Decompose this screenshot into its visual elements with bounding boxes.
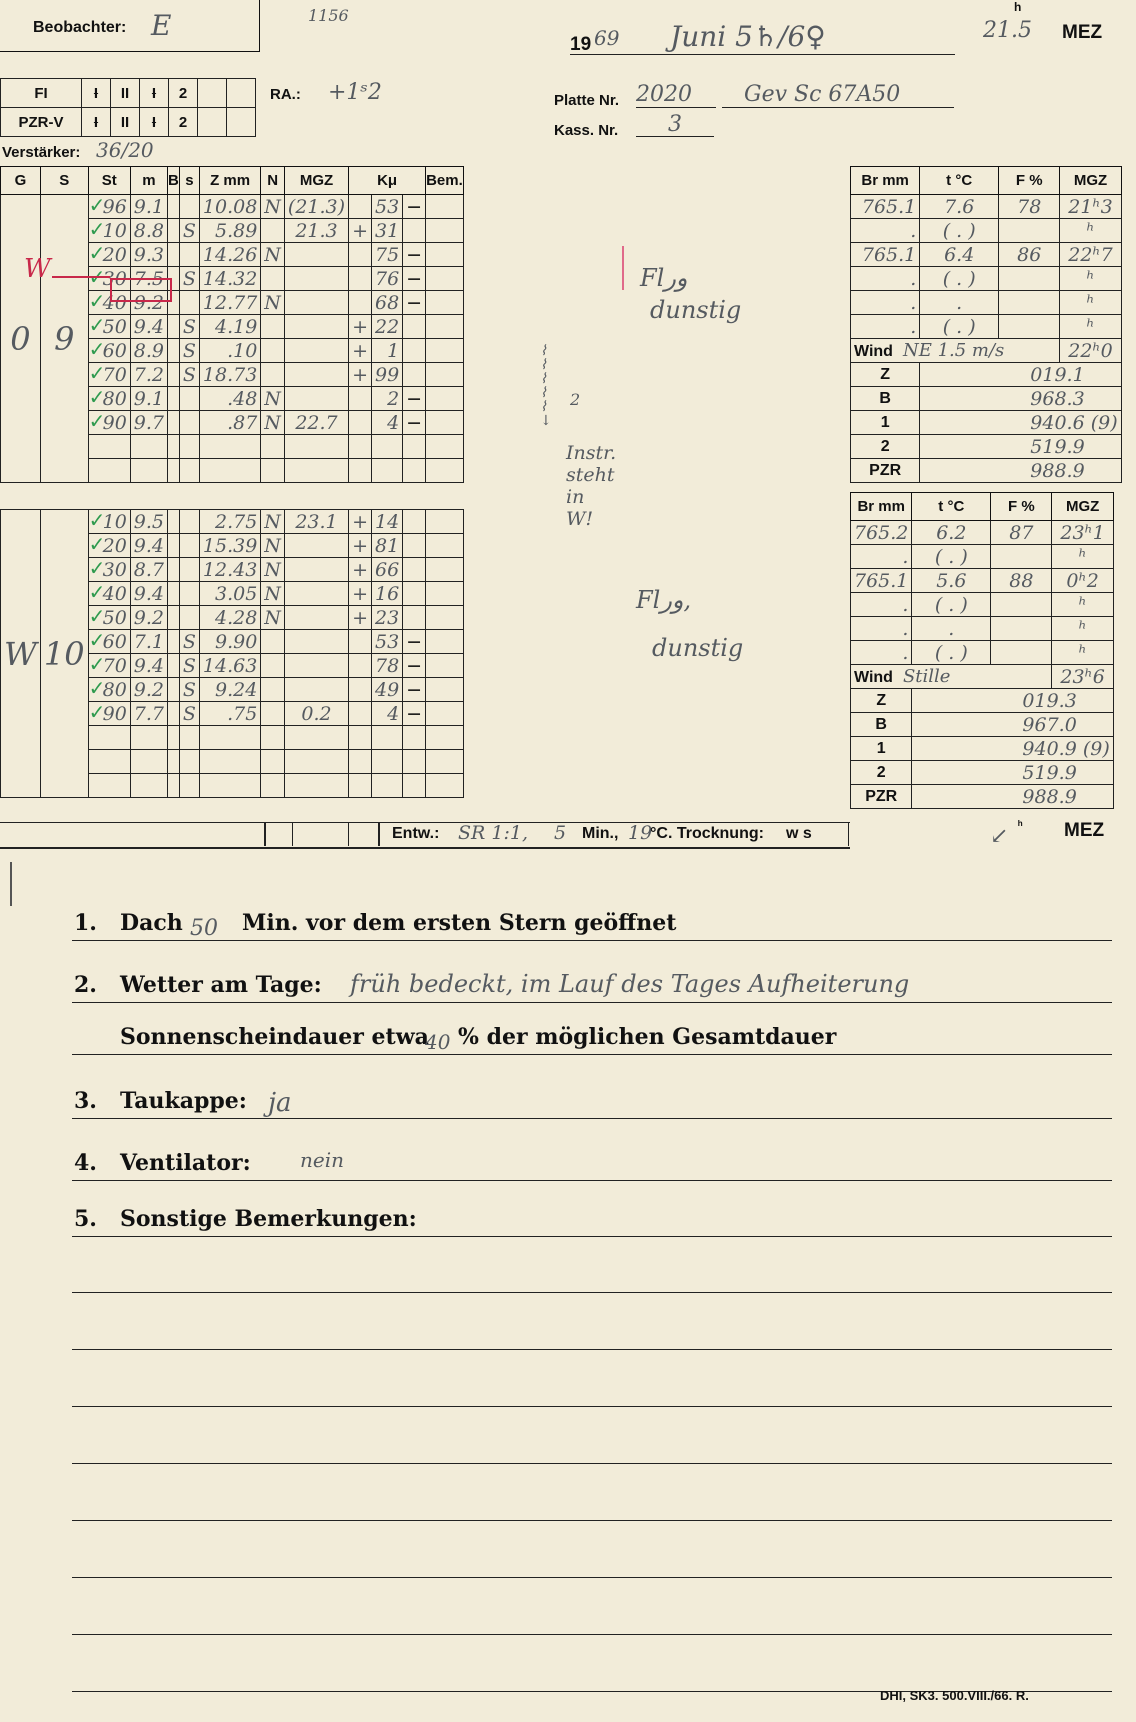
- k-sign-cell[interactable]: [349, 750, 372, 774]
- k-sign-cell[interactable]: +: [349, 582, 372, 606]
- n-cell[interactable]: N: [261, 606, 285, 630]
- temperature-cell[interactable]: .: [912, 617, 991, 641]
- k-cell[interactable]: [371, 774, 402, 798]
- n-cell[interactable]: [261, 339, 285, 363]
- remark-cell[interactable]: [426, 702, 464, 726]
- b-cell[interactable]: [168, 654, 180, 678]
- k-tail-cell[interactable]: [403, 774, 426, 798]
- s-cell[interactable]: [179, 411, 199, 435]
- k-tail-cell[interactable]: −: [403, 630, 426, 654]
- st-cell[interactable]: ✓50: [88, 606, 130, 630]
- humidity-cell[interactable]: 87: [991, 521, 1052, 545]
- z-cell[interactable]: [199, 726, 260, 750]
- k-tail-cell[interactable]: [403, 726, 426, 750]
- remark-cell[interactable]: [426, 558, 464, 582]
- n-cell[interactable]: [261, 750, 285, 774]
- remark-cell[interactable]: [426, 534, 464, 558]
- n-cell[interactable]: [261, 315, 285, 339]
- s-cell[interactable]: S: [179, 678, 199, 702]
- magnitude-cell[interactable]: 8.7: [130, 558, 167, 582]
- temperature-cell[interactable]: ( . ): [912, 641, 991, 665]
- b-cell[interactable]: [168, 510, 180, 534]
- magnitude-cell[interactable]: 7.2: [130, 363, 167, 387]
- mgz-cell[interactable]: [284, 387, 348, 411]
- mgz-cell[interactable]: [284, 291, 348, 315]
- magnitude-cell[interactable]: [130, 750, 167, 774]
- st-cell[interactable]: ✓50: [88, 315, 130, 339]
- k-sign-cell[interactable]: +: [349, 315, 372, 339]
- b-cell[interactable]: [168, 582, 180, 606]
- remarks-line[interactable]: [72, 1406, 1112, 1407]
- k-tail-cell[interactable]: [403, 459, 426, 483]
- k-tail-cell[interactable]: −: [403, 702, 426, 726]
- k-cell[interactable]: 76: [371, 267, 402, 291]
- k-tail-cell[interactable]: [403, 606, 426, 630]
- humidity-cell[interactable]: 88: [991, 569, 1052, 593]
- remark-cell[interactable]: [426, 630, 464, 654]
- mgz-cell[interactable]: 23.1: [284, 510, 348, 534]
- st-cell[interactable]: ✓80: [88, 678, 130, 702]
- magnitude-cell[interactable]: [130, 774, 167, 798]
- filter-cell[interactable]: I: [140, 108, 169, 137]
- k-cell[interactable]: 4: [371, 411, 402, 435]
- plate-number-field[interactable]: 2020: [636, 82, 716, 108]
- pressure-cell[interactable]: 765.1: [851, 195, 920, 219]
- k-tail-cell[interactable]: [403, 435, 426, 459]
- k-tail-cell[interactable]: −: [403, 654, 426, 678]
- magnitude-cell[interactable]: 7.1: [130, 630, 167, 654]
- st-cell[interactable]: ✓40: [88, 582, 130, 606]
- b-cell[interactable]: [168, 387, 180, 411]
- n-cell[interactable]: [261, 774, 285, 798]
- z-cell[interactable]: 14.63: [199, 654, 260, 678]
- summary-value[interactable]: 967.0: [912, 713, 1113, 737]
- magnitude-cell[interactable]: 9.4: [130, 315, 167, 339]
- question-answer[interactable]: 40: [425, 1030, 450, 1054]
- k-tail-cell[interactable]: [403, 510, 426, 534]
- magnitude-cell[interactable]: 9.1: [130, 195, 167, 219]
- s-cell[interactable]: [179, 606, 199, 630]
- weather-time-cell[interactable]: ʰ: [1052, 617, 1113, 641]
- magnitude-cell[interactable]: 9.3: [130, 243, 167, 267]
- temperature-cell[interactable]: ( . ): [912, 593, 991, 617]
- k-cell[interactable]: 99: [371, 363, 402, 387]
- n-cell[interactable]: N: [261, 411, 285, 435]
- temperature-cell[interactable]: ( . ): [912, 545, 991, 569]
- magnitude-cell[interactable]: 9.5: [130, 510, 167, 534]
- b-cell[interactable]: [168, 243, 180, 267]
- magnitude-cell[interactable]: [130, 459, 167, 483]
- series-cell[interactable]: 9: [40, 195, 88, 483]
- st-cell[interactable]: [88, 774, 130, 798]
- filter-cell[interactable]: 2: [169, 79, 198, 108]
- n-cell[interactable]: N: [261, 243, 285, 267]
- magnitude-cell[interactable]: 9.1: [130, 387, 167, 411]
- time-value[interactable]: 21.5: [983, 18, 1032, 43]
- pressure-cell[interactable]: .: [851, 267, 920, 291]
- mgz-cell[interactable]: [284, 267, 348, 291]
- s-cell[interactable]: [179, 534, 199, 558]
- z-cell[interactable]: .87: [199, 411, 260, 435]
- s-cell[interactable]: S: [179, 654, 199, 678]
- weather-time-cell[interactable]: ʰ: [1060, 291, 1121, 315]
- weather-time-cell[interactable]: 0ʰ2: [1052, 569, 1113, 593]
- n-cell[interactable]: N: [261, 534, 285, 558]
- st-cell[interactable]: ✓10: [88, 510, 130, 534]
- magnitude-cell[interactable]: [130, 726, 167, 750]
- weather-time-cell[interactable]: 23ʰ1: [1052, 521, 1113, 545]
- remarks-line[interactable]: [72, 1577, 1112, 1578]
- k-sign-cell[interactable]: [349, 411, 372, 435]
- k-cell[interactable]: 14: [371, 510, 402, 534]
- n-cell[interactable]: [261, 267, 285, 291]
- summary-value[interactable]: 940.6 (9): [920, 411, 1121, 435]
- k-sign-cell[interactable]: [349, 267, 372, 291]
- n-cell[interactable]: [261, 459, 285, 483]
- k-cell[interactable]: 22: [371, 315, 402, 339]
- s-cell[interactable]: [179, 435, 199, 459]
- b-cell[interactable]: [168, 678, 180, 702]
- n-cell[interactable]: [261, 678, 285, 702]
- remark-cell[interactable]: [426, 363, 464, 387]
- mgz-cell[interactable]: [284, 606, 348, 630]
- pressure-cell[interactable]: 765.1: [851, 569, 912, 593]
- n-cell[interactable]: N: [261, 510, 285, 534]
- b-cell[interactable]: [168, 702, 180, 726]
- amplifier-value[interactable]: 36/20: [96, 138, 154, 162]
- k-sign-cell[interactable]: +: [349, 339, 372, 363]
- z-cell[interactable]: [199, 435, 260, 459]
- summary-value[interactable]: 519.9: [912, 761, 1113, 785]
- mgz-cell[interactable]: [284, 630, 348, 654]
- b-cell[interactable]: [168, 315, 180, 339]
- z-cell[interactable]: 9.24: [199, 678, 260, 702]
- st-cell[interactable]: ✓10: [88, 219, 130, 243]
- mgz-cell[interactable]: [284, 774, 348, 798]
- temperature-cell[interactable]: ( . ): [920, 267, 999, 291]
- k-tail-cell[interactable]: [403, 315, 426, 339]
- remark-cell[interactable]: [426, 267, 464, 291]
- k-tail-cell[interactable]: −: [403, 267, 426, 291]
- humidity-cell[interactable]: [999, 219, 1060, 243]
- st-cell[interactable]: [88, 435, 130, 459]
- weather-time-cell[interactable]: ʰ: [1052, 593, 1113, 617]
- k-cell[interactable]: [371, 750, 402, 774]
- remark-cell[interactable]: [426, 435, 464, 459]
- z-cell[interactable]: 12.77: [199, 291, 260, 315]
- k-sign-cell[interactable]: +: [349, 558, 372, 582]
- n-cell[interactable]: [261, 363, 285, 387]
- magnitude-cell[interactable]: 9.4: [130, 582, 167, 606]
- k-sign-cell[interactable]: [349, 459, 372, 483]
- mgz-cell[interactable]: [284, 315, 348, 339]
- mgz-cell[interactable]: [284, 582, 348, 606]
- summary-value[interactable]: 019.1: [920, 363, 1121, 387]
- k-tail-cell[interactable]: [403, 219, 426, 243]
- summary-value[interactable]: 988.9: [920, 459, 1121, 483]
- mgz-cell[interactable]: [284, 534, 348, 558]
- k-sign-cell[interactable]: [349, 435, 372, 459]
- k-tail-cell[interactable]: −: [403, 195, 426, 219]
- k-cell[interactable]: 53: [371, 630, 402, 654]
- b-cell[interactable]: [168, 195, 180, 219]
- k-sign-cell[interactable]: [349, 243, 372, 267]
- remark-cell[interactable]: [426, 387, 464, 411]
- magnitude-cell[interactable]: 9.2: [130, 606, 167, 630]
- k-tail-cell[interactable]: [403, 339, 426, 363]
- b-cell[interactable]: [168, 606, 180, 630]
- pressure-cell[interactable]: .: [851, 617, 912, 641]
- group-cell[interactable]: 0: [1, 195, 41, 483]
- summary-value[interactable]: 019.3: [912, 689, 1113, 713]
- n-cell[interactable]: [261, 219, 285, 243]
- filter-cell[interactable]: [227, 79, 256, 108]
- z-cell[interactable]: 15.39: [199, 534, 260, 558]
- z-cell[interactable]: .10: [199, 339, 260, 363]
- b-cell[interactable]: [168, 339, 180, 363]
- remark-cell[interactable]: [426, 411, 464, 435]
- filter-cell[interactable]: 2: [169, 108, 198, 137]
- filter-cell[interactable]: I: [82, 108, 111, 137]
- pressure-cell[interactable]: 765.2: [851, 521, 912, 545]
- k-cell[interactable]: 78: [371, 654, 402, 678]
- st-cell[interactable]: ✓70: [88, 654, 130, 678]
- remark-cell[interactable]: [426, 291, 464, 315]
- b-cell[interactable]: [168, 726, 180, 750]
- magnitude-cell[interactable]: 9.7: [130, 411, 167, 435]
- k-tail-cell[interactable]: [403, 582, 426, 606]
- k-sign-cell[interactable]: [349, 387, 372, 411]
- k-cell[interactable]: 66: [371, 558, 402, 582]
- humidity-cell[interactable]: [991, 641, 1052, 665]
- magnitude-cell[interactable]: [130, 435, 167, 459]
- b-cell[interactable]: [168, 219, 180, 243]
- remarks-line[interactable]: [72, 1463, 1112, 1464]
- k-tail-cell[interactable]: −: [403, 411, 426, 435]
- temperature-cell[interactable]: .: [920, 291, 999, 315]
- s-cell[interactable]: [179, 558, 199, 582]
- remark-cell[interactable]: [426, 510, 464, 534]
- st-cell[interactable]: ✓96: [88, 195, 130, 219]
- magnitude-cell[interactable]: 7.7: [130, 702, 167, 726]
- b-cell[interactable]: [168, 435, 180, 459]
- pressure-cell[interactable]: 765.1: [851, 243, 920, 267]
- k-cell[interactable]: 53: [371, 195, 402, 219]
- st-cell[interactable]: [88, 726, 130, 750]
- st-cell[interactable]: ✓20: [88, 243, 130, 267]
- st-cell[interactable]: [88, 750, 130, 774]
- summary-value[interactable]: 988.9: [912, 785, 1113, 809]
- mgz-cell[interactable]: [284, 678, 348, 702]
- plate-type-field[interactable]: Gev Sc 67A50: [722, 82, 954, 108]
- remarks-line[interactable]: [72, 1520, 1112, 1521]
- b-cell[interactable]: [168, 630, 180, 654]
- summary-value[interactable]: 968.3: [920, 387, 1121, 411]
- remark-cell[interactable]: [426, 582, 464, 606]
- b-cell[interactable]: [168, 363, 180, 387]
- k-sign-cell[interactable]: +: [349, 606, 372, 630]
- k-tail-cell[interactable]: [403, 558, 426, 582]
- n-cell[interactable]: [261, 654, 285, 678]
- k-cell[interactable]: 4: [371, 702, 402, 726]
- k-cell[interactable]: 49: [371, 678, 402, 702]
- k-sign-cell[interactable]: [349, 726, 372, 750]
- b-cell[interactable]: [168, 774, 180, 798]
- k-tail-cell[interactable]: [403, 534, 426, 558]
- z-cell[interactable]: 4.19: [199, 315, 260, 339]
- humidity-cell[interactable]: [999, 267, 1060, 291]
- s-cell[interactable]: S: [179, 219, 199, 243]
- temperature-cell[interactable]: ( . ): [920, 315, 999, 339]
- z-cell[interactable]: 2.75: [199, 510, 260, 534]
- remark-cell[interactable]: [426, 678, 464, 702]
- filter-cell[interactable]: II: [111, 79, 140, 108]
- n-cell[interactable]: [261, 702, 285, 726]
- s-cell[interactable]: [179, 459, 199, 483]
- temperature-cell[interactable]: 7.6: [920, 195, 999, 219]
- st-cell[interactable]: ✓80: [88, 387, 130, 411]
- weather-time-cell[interactable]: 21ʰ3: [1060, 195, 1121, 219]
- s-cell[interactable]: S: [179, 630, 199, 654]
- series-cell[interactable]: 10: [40, 510, 88, 798]
- s-cell[interactable]: S: [179, 363, 199, 387]
- s-cell[interactable]: S: [179, 267, 199, 291]
- pressure-cell[interactable]: .: [851, 315, 920, 339]
- temperature-cell[interactable]: 6.2: [912, 521, 991, 545]
- temperature-cell[interactable]: 5.6: [912, 569, 991, 593]
- question-row[interactable]: 3.Taukappe:: [72, 1088, 1112, 1118]
- s-cell[interactable]: [179, 582, 199, 606]
- filter-cell[interactable]: II: [111, 108, 140, 137]
- k-cell[interactable]: 1: [371, 339, 402, 363]
- wind-cell[interactable]: WindStille: [851, 665, 1052, 689]
- k-cell[interactable]: 75: [371, 243, 402, 267]
- ra-value[interactable]: +1ˢ2: [328, 80, 382, 105]
- k-tail-cell[interactable]: [403, 363, 426, 387]
- magnitude-cell[interactable]: 9.4: [130, 654, 167, 678]
- z-cell[interactable]: 5.89: [199, 219, 260, 243]
- z-cell[interactable]: 9.90: [199, 630, 260, 654]
- question-answer[interactable]: früh bedeckt, im Lauf des Tages Aufheite…: [350, 970, 909, 998]
- k-sign-cell[interactable]: [349, 678, 372, 702]
- end-time-mark[interactable]: ↙: [990, 824, 1008, 849]
- mgz-cell[interactable]: [284, 339, 348, 363]
- mgz-cell[interactable]: [284, 435, 348, 459]
- humidity-cell[interactable]: [991, 593, 1052, 617]
- mgz-cell[interactable]: 0.2: [284, 702, 348, 726]
- n-cell[interactable]: N: [261, 291, 285, 315]
- remark-cell[interactable]: [426, 774, 464, 798]
- question-answer[interactable]: nein: [300, 1148, 344, 1172]
- humidity-cell[interactable]: [999, 291, 1060, 315]
- k-tail-cell[interactable]: −: [403, 387, 426, 411]
- z-cell[interactable]: .75: [199, 702, 260, 726]
- humidity-cell[interactable]: 78: [999, 195, 1060, 219]
- pressure-cell[interactable]: .: [851, 545, 912, 569]
- st-cell[interactable]: ✓70: [88, 363, 130, 387]
- z-cell[interactable]: 12.43: [199, 558, 260, 582]
- s-cell[interactable]: [179, 243, 199, 267]
- s-cell[interactable]: S: [179, 315, 199, 339]
- z-cell[interactable]: [199, 774, 260, 798]
- question-answer[interactable]: ja: [268, 1088, 292, 1118]
- st-cell[interactable]: ✓60: [88, 339, 130, 363]
- humidity-cell[interactable]: [991, 617, 1052, 641]
- observer-value[interactable]: E: [151, 9, 171, 42]
- weather-time-cell[interactable]: ʰ: [1052, 641, 1113, 665]
- s-cell[interactable]: S: [179, 339, 199, 363]
- k-sign-cell[interactable]: +: [349, 510, 372, 534]
- humidity-cell[interactable]: 86: [999, 243, 1060, 267]
- magnitude-cell[interactable]: 8.8: [130, 219, 167, 243]
- wind-cell[interactable]: WindNE 1.5 m/s: [851, 339, 1060, 363]
- k-tail-cell[interactable]: −: [403, 291, 426, 315]
- z-cell[interactable]: [199, 750, 260, 774]
- development-field[interactable]: Entw.: SR 1:1, 5 Min., 19 °C. Trocknung:…: [378, 822, 849, 846]
- remark-cell[interactable]: [426, 726, 464, 750]
- filter-cell[interactable]: I: [82, 79, 111, 108]
- k-sign-cell[interactable]: +: [349, 219, 372, 243]
- filter-cell[interactable]: [198, 108, 227, 137]
- b-cell[interactable]: [168, 411, 180, 435]
- k-sign-cell[interactable]: [349, 654, 372, 678]
- k-sign-cell[interactable]: [349, 702, 372, 726]
- magnitude-cell[interactable]: 8.9: [130, 339, 167, 363]
- k-cell[interactable]: 2: [371, 387, 402, 411]
- z-cell[interactable]: 10.08: [199, 195, 260, 219]
- s-cell[interactable]: [179, 387, 199, 411]
- k-cell[interactable]: 81: [371, 534, 402, 558]
- remark-cell[interactable]: [426, 459, 464, 483]
- k-cell[interactable]: 31: [371, 219, 402, 243]
- z-cell[interactable]: 3.05: [199, 582, 260, 606]
- magnitude-cell[interactable]: 9.4: [130, 534, 167, 558]
- summary-value[interactable]: 519.9: [920, 435, 1121, 459]
- wind-time-cell[interactable]: 23ʰ6: [1052, 665, 1113, 689]
- n-cell[interactable]: N: [261, 558, 285, 582]
- k-cell[interactable]: [371, 459, 402, 483]
- filter-cell[interactable]: [227, 108, 256, 137]
- mgz-cell[interactable]: 22.7: [284, 411, 348, 435]
- weather-time-cell[interactable]: ʰ: [1052, 545, 1113, 569]
- pressure-cell[interactable]: .: [851, 593, 912, 617]
- remark-cell[interactable]: [426, 195, 464, 219]
- cassette-number-field[interactable]: 3: [636, 112, 714, 137]
- pressure-cell[interactable]: .: [851, 219, 920, 243]
- k-tail-cell[interactable]: −: [403, 678, 426, 702]
- b-cell[interactable]: [168, 459, 180, 483]
- n-cell[interactable]: N: [261, 582, 285, 606]
- weather-time-cell[interactable]: ʰ: [1060, 219, 1121, 243]
- date-field[interactable]: 19 69 Juni 5♄/6♀: [570, 24, 955, 55]
- humidity-cell[interactable]: [991, 545, 1052, 569]
- s-cell[interactable]: [179, 291, 199, 315]
- k-sign-cell[interactable]: [349, 291, 372, 315]
- s-cell[interactable]: [179, 510, 199, 534]
- k-sign-cell[interactable]: [349, 774, 372, 798]
- n-cell[interactable]: N: [261, 195, 285, 219]
- z-cell[interactable]: 14.32: [199, 267, 260, 291]
- k-cell[interactable]: [371, 726, 402, 750]
- k-cell[interactable]: 16: [371, 582, 402, 606]
- z-cell[interactable]: 4.28: [199, 606, 260, 630]
- filter-cell[interactable]: [198, 79, 227, 108]
- remark-cell[interactable]: [426, 243, 464, 267]
- k-sign-cell[interactable]: +: [349, 363, 372, 387]
- temperature-cell[interactable]: 6.4: [920, 243, 999, 267]
- mgz-cell[interactable]: [284, 750, 348, 774]
- k-tail-cell[interactable]: −: [403, 243, 426, 267]
